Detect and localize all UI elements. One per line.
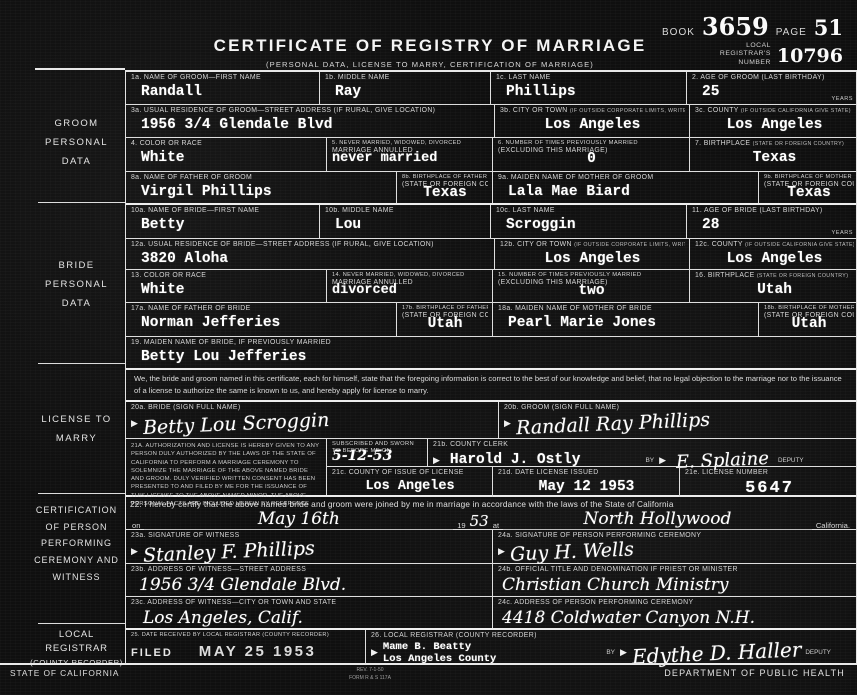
field-10a-label: 10a. NAME OF BRIDE—FIRST NAME — [131, 207, 315, 216]
field-16-sublabel: (STATE OR FOREIGN COUNTRY) — [757, 273, 849, 279]
field-16-label: 16. BIRTHPLACE — [695, 272, 755, 279]
field-1c-label: 1c. LAST NAME — [496, 74, 682, 83]
field-3a: 3a. USUAL RESIDENCE OF GROOM—STREET ADDR… — [126, 105, 495, 137]
field-23c: 23c. ADDRESS OF WITNESS—CITY OR TOWN AND… — [126, 597, 493, 628]
field-12c: 12c. COUNTY (IF OUTSIDE CALIFORNIA GIVE … — [690, 239, 857, 269]
subscribed-sworn-date: 5-12-53 — [332, 448, 423, 464]
registrar-number-label: LOCAL REGISTRAR'S NUMBER — [707, 42, 771, 67]
sidebar-groom-label: GROOM PERSONAL DATA — [30, 114, 123, 171]
field-22-on-label: on — [132, 521, 140, 530]
field-24a: 24a. SIGNATURE OF PERSON PERFORMING CERE… — [493, 530, 857, 563]
arrow-icon: ▶ — [620, 647, 627, 658]
field-8b: 8b. BIRTHPLACE OF FATHER (STATE OR FOREI… — [397, 172, 493, 203]
field-26: 26. LOCAL REGISTRAR (COUNTY RECORDER) ▶ … — [366, 630, 857, 665]
witness-signature: Stanley F. Phillips — [143, 537, 316, 566]
field-24c-label: 24c. ADDRESS OF PERSON PERFORMING CEREMO… — [498, 599, 854, 608]
field-3a-value: 1956 3/4 Glendale Blvd — [141, 117, 490, 133]
arrow-icon: ▶ — [498, 546, 505, 557]
field-3a-label: 3a. USUAL RESIDENCE OF GROOM—STREET ADDR… — [131, 107, 490, 116]
deputy-label: DEPUTY — [778, 457, 804, 464]
field-24c: 24c. ADDRESS OF PERSON PERFORMING CEREMO… — [493, 597, 857, 628]
field-3b-value: Los Angeles — [500, 117, 685, 133]
field-12c-label: 12c. COUNTY — [695, 241, 743, 248]
sidebar: GROOM PERSONAL DATA BRIDE PERSONAL DATA … — [0, 70, 125, 663]
field-23c-label: 23c. ADDRESS OF WITNESS—CITY OR TOWN AND… — [131, 599, 488, 608]
field-10c-value: Scroggin — [506, 217, 682, 233]
field-17a-label: 17a. NAME OF FATHER OF BRIDE — [131, 305, 392, 314]
county-clerk-name: Harold J. Ostly — [450, 452, 581, 468]
page-label: PAGE — [776, 27, 807, 38]
field-9b: 9b. BIRTHPLACE OF MOTHER (STATE OR FOREI… — [759, 172, 857, 203]
field-19-label: 19. MAIDEN NAME OF BRIDE, IF PREVIOUSLY … — [131, 339, 854, 348]
field-21a-number: 21A. — [131, 443, 144, 449]
field-12b-value: Los Angeles — [500, 251, 685, 267]
field-3b-sublabel: (IF OUTSIDE CORPORATE LIMITS, WRITE RURA… — [570, 108, 685, 114]
field-17b: 17b. BIRTHPLACE OF FATHER (STATE OR FORE… — [397, 303, 493, 336]
affidavit-paragraph: We, the bride and groom named in this ce… — [126, 370, 857, 400]
field-13-label: 13. COLOR OR RACE — [131, 272, 322, 281]
field-24b: 24b. OFFICIAL TITLE AND DENOMINATION IF … — [493, 564, 857, 596]
subscribed-sworn-field: SUBSCRIBED AND SWORN TO BEFORE ME ON 5-1… — [327, 439, 428, 466]
field-22-state-label: California. — [816, 521, 850, 530]
field-12a-label: 12a. USUAL RESIDENCE OF BRIDE—STREET ADD… — [131, 241, 490, 250]
field-12c-sublabel: (IF OUTSIDE CALIFORNIA GIVE STATE) — [745, 242, 854, 248]
field-24a-label: 24a. SIGNATURE OF PERSON PERFORMING CERE… — [498, 532, 854, 541]
field-23b: 23b. ADDRESS OF WITNESS—STREET ADDRESS 1… — [126, 564, 493, 596]
officiant-signature: Guy H. Wells — [510, 538, 635, 565]
officiant-title: Christian Church Ministry — [502, 575, 854, 595]
field-14-label: 14. NEVER MARRIED, WIDOWED, DIVORCED — [332, 272, 488, 279]
field-1a: 1a. NAME OF GROOM—FIRST NAME Randall — [126, 72, 320, 104]
field-1c-value: Phillips — [506, 84, 682, 100]
field-1c: 1c. LAST NAME Phillips — [491, 72, 687, 104]
field-17a: 17a. NAME OF FATHER OF BRIDE Norman Jeff… — [126, 303, 397, 336]
field-1a-label: 1a. NAME OF GROOM—FIRST NAME — [131, 74, 315, 83]
field-11: 11. AGE OF BRIDE (LAST BIRTHDAY) 28 YEAR… — [687, 205, 857, 238]
field-3c-label: 3c. COUNTY — [695, 107, 739, 114]
sidebar-bride-label: BRIDE PERSONAL DATA — [30, 256, 123, 313]
field-12c-value: Los Angeles — [695, 251, 854, 267]
arrow-icon: ▶ — [433, 455, 440, 466]
field-10b-label: 10b. MIDDLE NAME — [325, 207, 486, 216]
filed-stamp: FILED — [131, 647, 173, 659]
field-21b: 21b. COUNTY CLERK ▶ Harold J. Ostly BY ▶… — [428, 439, 857, 466]
sidebar-registrar-label: LOCAL REGISTRAR (COUNTY RECORDER) — [30, 628, 123, 668]
field-4-label: 4. COLOR OR RACE — [131, 140, 322, 149]
field-7-value: Texas — [695, 150, 854, 166]
filed-date-stamp: MAY 25 1953 — [199, 643, 317, 660]
field-16-value: Utah — [695, 282, 854, 298]
field-3c: 3c. COUNTY (IF OUTSIDE CALIFORNIA GIVE S… — [690, 105, 857, 137]
field-5-value: never married — [332, 151, 488, 166]
form-revision-note: REV. 7-1-50 FORM R & S 117A — [300, 667, 440, 682]
field-8a-value: Virgil Phillips — [141, 184, 392, 200]
field-21b-label: 21b. COUNTY CLERK — [433, 441, 854, 450]
field-7-label: 7. BIRTHPLACE — [695, 140, 750, 147]
field-22: 22. I hereby certify that the above name… — [126, 497, 857, 529]
field-11-unit: YEARS — [832, 230, 853, 236]
field-9a-label: 9a. MAIDEN NAME OF MOTHER OF GROOM — [498, 174, 754, 183]
field-7-sublabel: (STATE OR FOREIGN COUNTRY) — [753, 141, 845, 147]
document-header: CERTIFICATE OF REGISTRY OF MARRIAGE (PER… — [190, 36, 670, 69]
arrow-icon: ▶ — [659, 455, 666, 466]
field-19: 19. MAIDEN NAME OF BRIDE, IF PREVIOUSLY … — [126, 337, 857, 368]
field-12a: 12a. USUAL RESIDENCE OF BRIDE—STREET ADD… — [126, 239, 495, 269]
arrow-icon: ▶ — [504, 418, 511, 429]
field-11-label: 11. AGE OF BRIDE (LAST BIRTHDAY) — [692, 207, 854, 216]
field-9b-label: 9b. BIRTHPLACE OF MOTHER — [764, 174, 854, 181]
field-4: 4. COLOR OR RACE White — [126, 138, 327, 171]
field-21c-label: 21c. COUNTY OF ISSUE OF LICENSE — [332, 469, 488, 478]
field-9a-value: Lala Mae Biard — [508, 184, 754, 200]
field-10b-value: Lou — [335, 217, 486, 233]
sidebar-certification-label: CERTIFICATION OF PERSON PERFORMING CEREM… — [30, 502, 123, 585]
field-18b-label: 18b. BIRTHPLACE OF MOTHER — [764, 305, 854, 312]
officiant-address: 4418 Coldwater Canyon N.H. — [502, 608, 854, 628]
registrar-name: Mame B. Beatty — [383, 641, 496, 653]
by-label: BY — [645, 457, 654, 464]
field-12b: 12b. CITY OR TOWN (IF OUTSIDE CORPORATE … — [495, 239, 690, 269]
field-5: 5. NEVER MARRIED, WIDOWED, DIVORCED MARR… — [327, 138, 493, 171]
field-20a: 20a. BRIDE (SIGN FULL NAME) ▶ Betty Lou … — [126, 402, 499, 438]
field-1b-value: Ray — [335, 84, 486, 100]
field-19-value: Betty Lou Jefferies — [141, 349, 854, 365]
field-10b: 10b. MIDDLE NAME Lou — [320, 205, 491, 238]
field-2: 2. AGE OF GROOM (LAST BIRTHDAY) 25 YEARS — [687, 72, 857, 104]
field-9a: 9a. MAIDEN NAME OF MOTHER OF GROOM Lala … — [493, 172, 759, 203]
marriage-certificate-document: CERTIFICATE OF REGISTRY OF MARRIAGE (PER… — [0, 0, 857, 695]
field-21c: 21c. COUNTY OF ISSUE OF LICENSE Los Ange… — [327, 467, 493, 497]
sidebar-registrar-line1: LOCAL REGISTRAR — [30, 628, 123, 657]
field-12b-sublabel: (IF OUTSIDE CORPORATE LIMITS, WRITE RURA… — [574, 242, 685, 248]
bride-signature: Betty Lou Scroggin — [143, 409, 330, 439]
field-10a-value: Betty — [141, 217, 315, 233]
field-21d-label: 21d. DATE LICENSE ISSUED — [498, 469, 675, 478]
deputy-label: DEPUTY — [805, 649, 831, 656]
field-21e-value: 5647 — [685, 479, 854, 498]
field-6-label: 6. NUMBER OF TIMES PREVIOUSLY MARRIED — [498, 140, 685, 147]
page-subtitle: (PERSONAL DATA, LICENSE TO MARRY, CERTIF… — [190, 60, 670, 69]
field-13-value: White — [141, 282, 322, 298]
form-rev-line: REV. 7-1-50 — [300, 667, 440, 675]
field-15-label: 15. NUMBER OF TIMES PREVIOUSLY MARRIED — [498, 272, 685, 279]
field-4-value: White — [141, 150, 322, 166]
witness-city-state: Los Angeles, Calif. — [143, 608, 488, 628]
field-21e-label: 21e. LICENSE NUMBER — [685, 469, 854, 478]
footer-state-label: STATE OF CALIFORNIA — [10, 668, 119, 678]
ceremony-year-handwritten: 53 — [470, 512, 489, 530]
groom-signature: Randall Ray Phillips — [516, 408, 711, 438]
footer-department-label: DEPARTMENT OF PUBLIC HEALTH — [664, 668, 845, 678]
page-value: 51 — [814, 15, 843, 40]
field-8b-label: 8b. BIRTHPLACE OF FATHER — [402, 174, 488, 181]
arrow-icon: ▶ — [131, 418, 138, 429]
field-25: 25. DATE RECEIVED BY LOCAL REGISTRAR (CO… — [126, 630, 366, 665]
page-title: CERTIFICATE OF REGISTRY OF MARRIAGE — [190, 36, 670, 56]
field-3c-sublabel: (IF OUTSIDE CALIFORNIA GIVE STATE) — [741, 108, 851, 114]
field-17b-label: 17b. BIRTHPLACE OF FATHER — [402, 305, 488, 312]
arrow-icon: ▶ — [131, 546, 138, 557]
field-10c: 10c. LAST NAME Scroggin — [491, 205, 687, 238]
book-value: 3659 — [702, 12, 769, 41]
field-18a-value: Pearl Marie Jones — [508, 315, 754, 331]
witness-street-address: 1956 3/4 Glendale Blvd. — [139, 575, 488, 595]
field-1b: 1b. MIDDLE NAME Ray — [320, 72, 491, 104]
book-page-block: BOOK 3659 PAGE 51 LOCAL REGISTRAR'S NUMB… — [662, 12, 843, 67]
field-2-label: 2. AGE OF GROOM (LAST BIRTHDAY) — [692, 74, 854, 83]
field-3b-label: 3b. CITY OR TOWN — [500, 107, 568, 114]
field-12a-value: 3820 Aloha — [141, 251, 490, 267]
field-1b-label: 1b. MIDDLE NAME — [325, 74, 486, 83]
arrow-icon: ▶ — [371, 647, 378, 658]
field-13: 13. COLOR OR RACE White — [126, 270, 327, 302]
field-8a: 8a. NAME OF FATHER OF GROOM Virgil Phill… — [126, 172, 397, 203]
registrar-number-value: 10796 — [777, 45, 843, 67]
field-18b: 18b. BIRTHPLACE OF MOTHER (STATE OR FORE… — [759, 303, 857, 336]
field-21d-value: May 12 1953 — [498, 479, 675, 495]
field-5-label: 5. NEVER MARRIED, WIDOWED, DIVORCED — [332, 140, 488, 147]
field-2-unit: YEARS — [832, 96, 853, 102]
form-number-line: FORM R & S 117A — [300, 675, 440, 683]
field-24b-label: 24b. OFFICIAL TITLE AND DENOMINATION IF … — [498, 566, 854, 575]
book-label: BOOK — [662, 27, 695, 38]
ceremony-place-handwritten: North Hollywood — [584, 509, 732, 529]
field-18a: 18a. MAIDEN NAME OF MOTHER OF BRIDE Pear… — [493, 303, 759, 336]
field-10a: 10a. NAME OF BRIDE—FIRST NAME Betty — [126, 205, 320, 238]
field-22-text: 22. I hereby certify that the above name… — [128, 498, 856, 509]
field-23a: 23a. SIGNATURE OF WITNESS ▶ Stanley F. P… — [126, 530, 493, 563]
field-22-year-prefix: 19 — [457, 521, 465, 530]
field-3b: 3b. CITY OR TOWN (IF OUTSIDE CORPORATE L… — [495, 105, 690, 137]
footer: STATE OF CALIFORNIA REV. 7-1-50 FORM R &… — [0, 663, 857, 695]
field-15: 15. NUMBER OF TIMES PREVIOUSLY MARRIED (… — [493, 270, 690, 302]
field-8a-label: 8a. NAME OF FATHER OF GROOM — [131, 174, 392, 183]
field-21a: 21A. AUTHORIZATION AND LICENSE IS HEREBY… — [126, 439, 327, 495]
field-7: 7. BIRTHPLACE (STATE OR FOREIGN COUNTRY)… — [690, 138, 857, 171]
field-21d: 21d. DATE LICENSE ISSUED May 12 1953 — [493, 467, 680, 497]
field-20b: 20b. GROOM (SIGN FULL NAME) ▶ Randall Ra… — [499, 402, 857, 438]
form-grid: 1a. NAME OF GROOM—FIRST NAME Randall 1b.… — [125, 70, 857, 663]
field-21c-value: Los Angeles — [332, 479, 488, 494]
field-18a-label: 18a. MAIDEN NAME OF MOTHER OF BRIDE — [498, 305, 754, 314]
field-12b-label: 12b. CITY OR TOWN — [500, 241, 572, 248]
field-14: 14. NEVER MARRIED, WIDOWED, DIVORCED MAR… — [327, 270, 493, 302]
by-label: BY — [606, 649, 615, 656]
field-23b-label: 23b. ADDRESS OF WITNESS—STREET ADDRESS — [131, 566, 488, 575]
field-6: 6. NUMBER OF TIMES PREVIOUSLY MARRIED (E… — [493, 138, 690, 171]
field-17a-value: Norman Jefferies — [141, 315, 392, 331]
sidebar-license-label: LICENSE TO MARRY — [30, 410, 123, 448]
field-3c-value: Los Angeles — [695, 117, 854, 133]
field-10c-label: 10c. LAST NAME — [496, 207, 682, 216]
field-21e: 21e. LICENSE NUMBER 5647 — [680, 467, 857, 497]
field-22-at-label: at — [493, 521, 499, 530]
field-16: 16. BIRTHPLACE (STATE OR FOREIGN COUNTRY… — [690, 270, 857, 302]
field-1a-value: Randall — [141, 84, 315, 100]
ceremony-date-handwritten: May 16th — [258, 509, 340, 529]
field-25-label: 25. DATE RECEIVED BY LOCAL REGISTRAR (CO… — [131, 632, 361, 639]
